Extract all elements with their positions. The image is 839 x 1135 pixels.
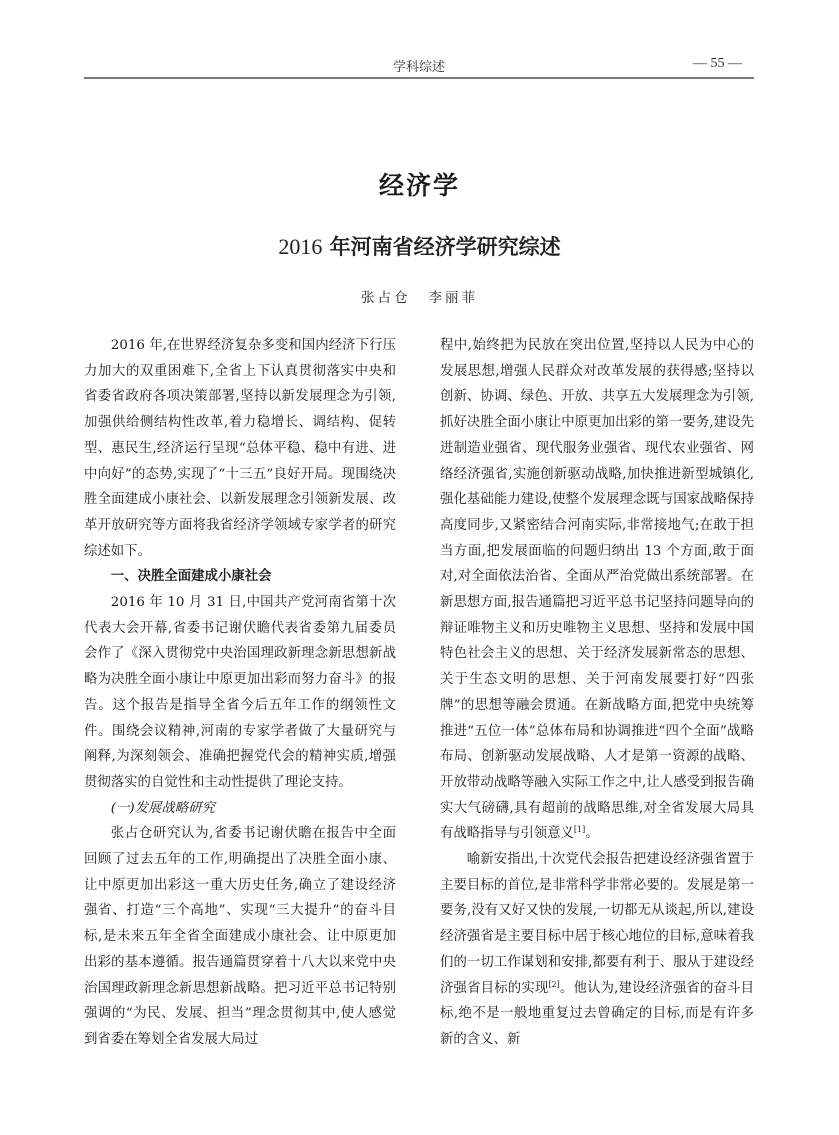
paragraph-yu-xinan: 喻新安指出,十次党代会报告把建设经济强省置于主要目标的首位,是非常科学非常必要的… — [440, 847, 754, 1053]
citation-1: [1] — [574, 825, 585, 834]
section-heading-1: 一、决胜全面建成小康社会 — [84, 564, 396, 590]
author-1: 张占仓 — [361, 290, 411, 306]
continued-paragraph-text: 程中,始终把为民放在突出位置,坚持以人民为中心的发展思想,增强人民群众对改革发展… — [440, 338, 754, 841]
continued-paragraph: 程中,始终把为民放在突出位置,坚持以人民为中心的发展思想,增强人民群众对改革发展… — [440, 333, 754, 847]
subsection-1-paragraph: 张占仓研究认为,省委书记谢伏瞻在报告中全面回顾了过去五年的工作,明确提出了决胜全… — [84, 821, 396, 1052]
authors: 张占仓李丽菲 — [0, 286, 839, 306]
header-rule — [84, 77, 754, 79]
article-title-text: 年河南省经济学研究综述 — [322, 235, 560, 259]
running-head-section: 学科综述 — [84, 56, 754, 75]
running-head: 学科综述 — 55 — — [84, 56, 754, 78]
right-column: 程中,始终把为民放在突出位置,坚持以人民为中心的发展思想,增强人民群众对改革发展… — [440, 333, 754, 1053]
intro-paragraph: 2016 年,在世界经济复杂多变和国内经济下行压力加大的双重困难下,全省上下认真… — [84, 333, 396, 564]
subsection-heading-1: (一)发展战略研究 — [84, 796, 396, 822]
page-number: — 55 — — [693, 56, 742, 72]
citation-2: [2] — [548, 980, 559, 989]
section-1-paragraph: 2016 年 10 月 31 日,中国共产党河南省第十次代表大会开幕,省委书记谢… — [84, 590, 396, 796]
continued-paragraph-end: 。 — [585, 826, 598, 841]
author-2: 李丽菲 — [429, 290, 479, 306]
paragraph-yu-xinan-text: 喻新安指出,十次党代会报告把建设经济强省置于主要目标的首位,是非常科学非常必要的… — [440, 852, 754, 996]
article-title-year: 2016 — [278, 234, 322, 259]
discipline-title: 经济学 — [0, 166, 839, 202]
article-title: 2016 年河南省经济学研究综述 — [0, 231, 839, 261]
left-column: 2016 年,在世界经济复杂多变和国内经济下行压力加大的双重困难下,全省上下认真… — [84, 333, 396, 1053]
